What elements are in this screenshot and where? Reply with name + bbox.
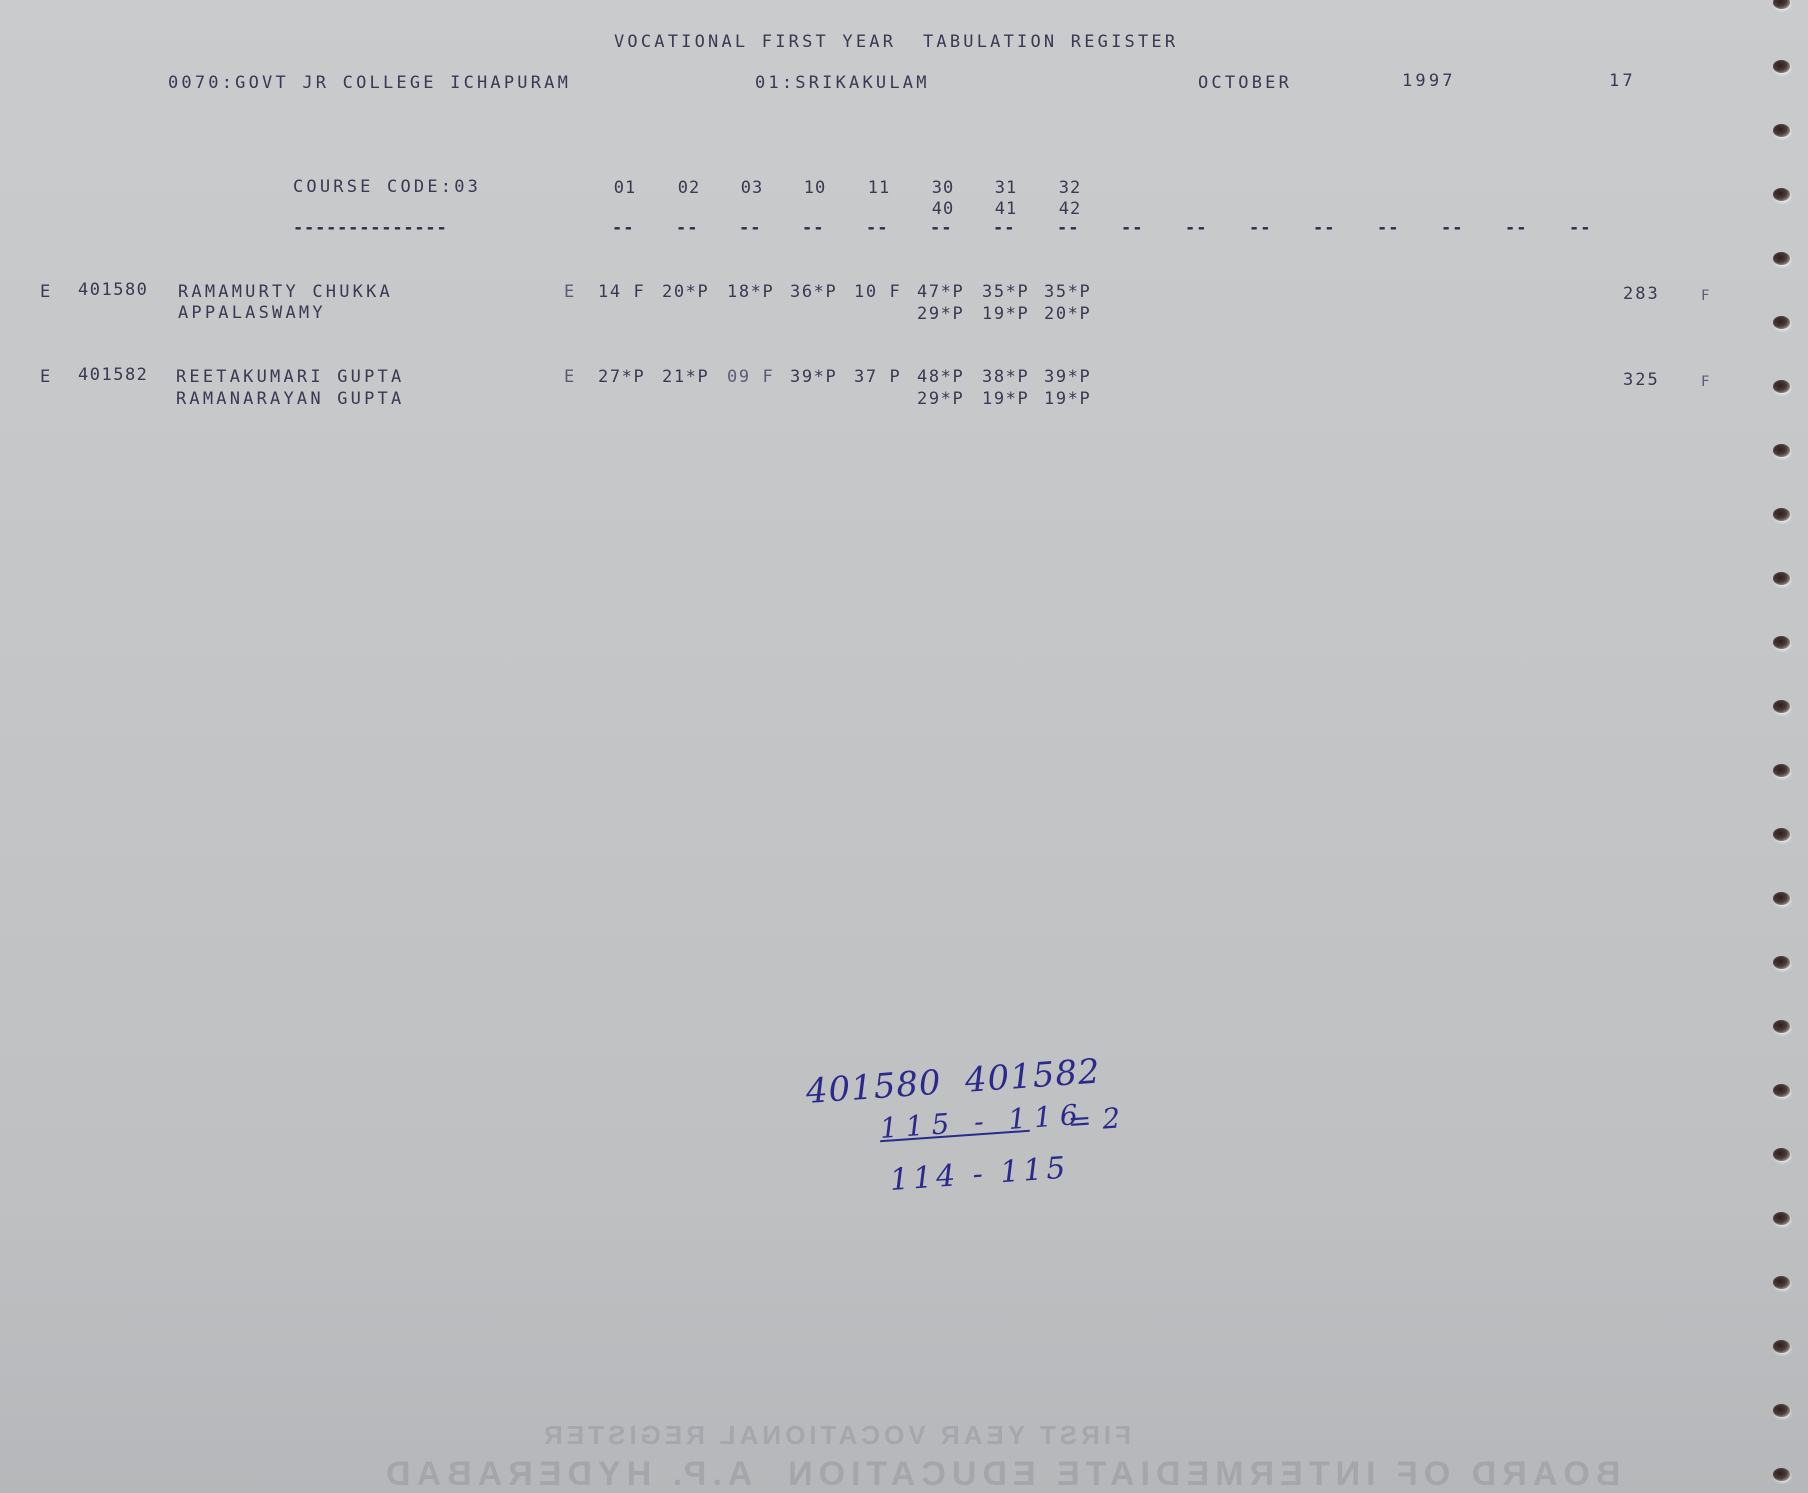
subject-code: 42 bbox=[1047, 199, 1093, 219]
column-dash: -- bbox=[739, 218, 761, 238]
page-number: 17 bbox=[1609, 71, 1636, 91]
handwritten-corrected-range: 114 - 115 bbox=[889, 1151, 1071, 1198]
subject-mark: 35*P bbox=[982, 282, 1029, 302]
column-dash: -- bbox=[1249, 218, 1271, 238]
subject-mark: 39*P bbox=[790, 367, 837, 387]
feed-hole bbox=[1773, 572, 1790, 585]
hall-ticket-number: 401582 bbox=[78, 365, 148, 385]
feed-hole bbox=[1773, 764, 1790, 777]
father-name: APPALASWAMY bbox=[178, 303, 326, 323]
subject-mark: 21*P bbox=[662, 367, 709, 387]
subject-mark: 48*P bbox=[917, 367, 964, 387]
subject-mark: 29*P bbox=[917, 389, 964, 409]
column-dash: -- bbox=[1569, 218, 1591, 238]
feed-hole bbox=[1773, 188, 1790, 201]
subject-code: 31 bbox=[983, 178, 1029, 198]
course-code-underline: -------------- bbox=[293, 218, 448, 238]
subject-code: 32 bbox=[1047, 178, 1093, 198]
result-status: F bbox=[1701, 286, 1713, 306]
feed-hole bbox=[1773, 252, 1790, 265]
column-dash: -- bbox=[612, 218, 634, 238]
medium-code: E bbox=[40, 367, 53, 387]
subject-code: 03 bbox=[729, 178, 775, 198]
category-code: E bbox=[564, 282, 577, 302]
subject-code: 30 bbox=[920, 178, 966, 198]
subject-mark: 09 F bbox=[727, 367, 774, 387]
feed-hole bbox=[1773, 636, 1790, 649]
medium-code: E bbox=[40, 282, 53, 302]
feed-hole bbox=[1773, 1468, 1790, 1481]
column-dash: -- bbox=[866, 218, 888, 238]
column-dash: -- bbox=[1377, 218, 1399, 238]
subject-mark: 14 F bbox=[598, 282, 645, 302]
subject-mark: 29*P bbox=[917, 304, 964, 324]
feed-hole bbox=[1773, 124, 1790, 137]
subject-code: 01 bbox=[602, 178, 648, 198]
subject-code: 40 bbox=[920, 199, 966, 219]
feed-hole bbox=[1773, 0, 1790, 9]
feed-hole bbox=[1773, 316, 1790, 329]
column-dash: -- bbox=[1313, 218, 1335, 238]
feed-hole bbox=[1773, 700, 1790, 713]
college-name: 0070:GOVT JR COLLEGE ICHAPURAM bbox=[168, 73, 571, 93]
column-dash: -- bbox=[1505, 218, 1527, 238]
subject-code: 10 bbox=[792, 178, 838, 198]
column-dash: -- bbox=[993, 218, 1015, 238]
feed-hole bbox=[1773, 508, 1790, 521]
subject-mark: 38*P bbox=[982, 367, 1029, 387]
feed-hole bbox=[1773, 1212, 1790, 1225]
category-code: E bbox=[564, 367, 577, 387]
subject-mark: 20*P bbox=[662, 282, 709, 302]
feed-hole bbox=[1773, 444, 1790, 457]
column-dash: -- bbox=[1185, 218, 1207, 238]
feed-hole bbox=[1773, 828, 1790, 841]
column-dash: -- bbox=[930, 218, 952, 238]
hall-ticket-number: 401580 bbox=[78, 280, 148, 300]
feed-hole bbox=[1773, 1404, 1790, 1417]
subject-mark: 35*P bbox=[1044, 282, 1091, 302]
subject-mark: 47*P bbox=[917, 282, 964, 302]
course-code-label: COURSE CODE:03 bbox=[293, 177, 481, 197]
total-marks: 283 bbox=[1623, 284, 1660, 304]
total-marks: 325 bbox=[1623, 370, 1660, 390]
feed-hole bbox=[1773, 956, 1790, 969]
subject-mark: 20*P bbox=[1044, 304, 1091, 324]
subject-mark: 39*P bbox=[1044, 367, 1091, 387]
exam-year: 1997 bbox=[1402, 71, 1456, 91]
subject-code: 41 bbox=[983, 199, 1029, 219]
student-name: RAMAMURTY CHUKKA bbox=[178, 282, 393, 302]
subject-code: 02 bbox=[666, 178, 712, 198]
feed-hole bbox=[1773, 1148, 1790, 1161]
student-name: REETAKUMARI GUPTA bbox=[176, 367, 404, 387]
feed-hole bbox=[1773, 1340, 1790, 1353]
report-title: VOCATIONAL FIRST YEAR TABULATION REGISTE… bbox=[614, 32, 1178, 52]
column-dash: -- bbox=[1441, 218, 1463, 238]
subject-mark: 19*P bbox=[982, 389, 1029, 409]
feed-hole bbox=[1773, 1084, 1790, 1097]
feed-hole bbox=[1773, 1276, 1790, 1289]
father-name: RAMANARAYAN GUPTA bbox=[176, 389, 404, 409]
exam-month: OCTOBER bbox=[1198, 73, 1292, 93]
subject-mark: 36*P bbox=[790, 282, 837, 302]
district-name: 01:SRIKAKULAM bbox=[755, 73, 930, 93]
subject-mark: 19*P bbox=[1044, 389, 1091, 409]
subject-mark: 10 F bbox=[854, 282, 901, 302]
column-dash: -- bbox=[802, 218, 824, 238]
feed-hole bbox=[1773, 60, 1790, 73]
column-dash: -- bbox=[1121, 218, 1143, 238]
handwritten-count: = 2 bbox=[1067, 1101, 1122, 1138]
column-dash: -- bbox=[1057, 218, 1079, 238]
subject-code: 11 bbox=[856, 178, 902, 198]
result-status: F bbox=[1701, 372, 1713, 392]
feed-hole bbox=[1773, 1020, 1790, 1033]
subject-mark: 37 P bbox=[854, 367, 901, 387]
subject-mark: 19*P bbox=[982, 304, 1029, 324]
bleed-through-text: BOARD OF INTERMEDIATE EDUCATION A.P. HYD… bbox=[380, 1455, 1620, 1493]
column-dash: -- bbox=[676, 218, 698, 238]
feed-hole bbox=[1773, 380, 1790, 393]
feed-hole bbox=[1773, 892, 1790, 905]
subject-mark: 27*P bbox=[598, 367, 645, 387]
subject-mark: 18*P bbox=[727, 282, 774, 302]
bleed-through-text: FIRST YEAR VOCATIONAL REGISTER bbox=[540, 1420, 1131, 1451]
